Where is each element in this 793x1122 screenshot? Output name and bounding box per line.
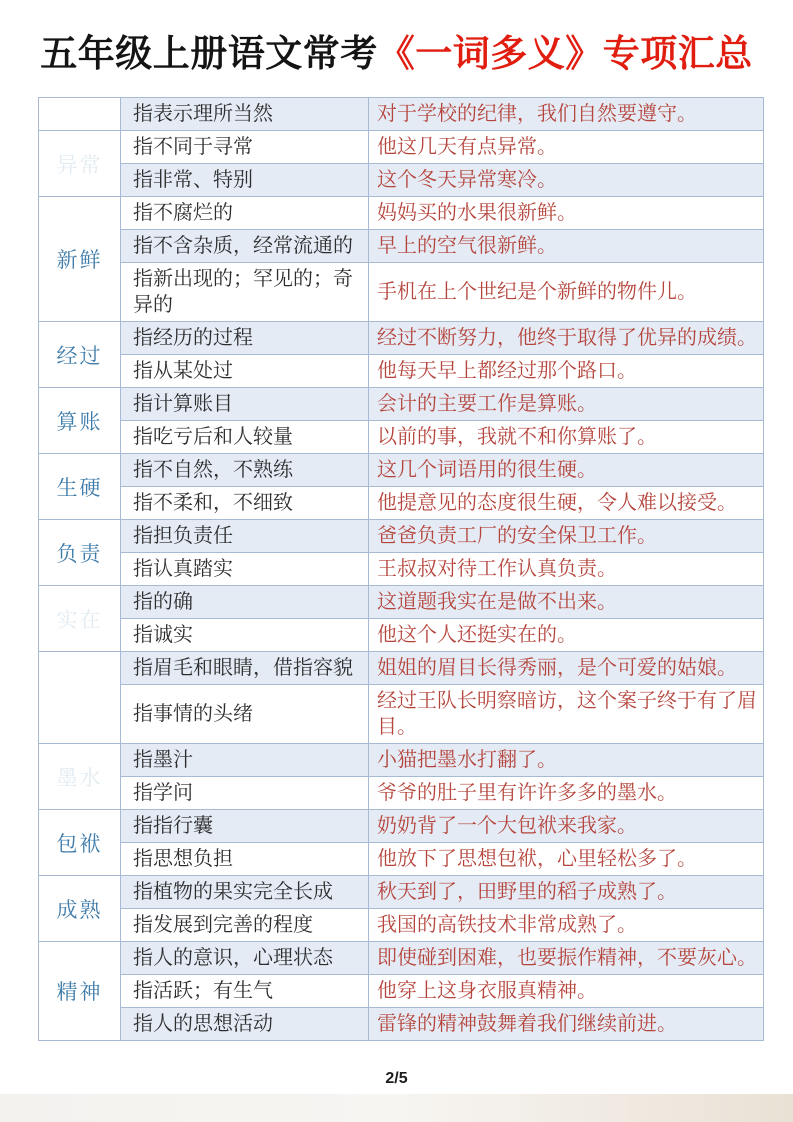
meaning-cell: 指从某处过 <box>121 355 369 388</box>
meaning-cell: 指思想负担 <box>121 843 369 876</box>
meaning-cell: 指植物的果实完全长成 <box>121 876 369 909</box>
table-row: 指事情的头绪经过王队长明察暗访，这个案子终于有了眉目。 <box>39 685 764 744</box>
meaning-cell: 指新出现的；罕见的；奇异的 <box>121 263 369 322</box>
table-row: 生硬指不自然，不熟练这几个词语用的很生硬。 <box>39 454 764 487</box>
meaning-cell: 指表示理所当然 <box>121 98 369 131</box>
meaning-cell: 指墨汁 <box>121 744 369 777</box>
example-cell: 手机在上个世纪是个新鲜的物件儿。 <box>369 263 764 322</box>
table-row: 指表示理所当然对于学校的纪律，我们自然要遵守。 <box>39 98 764 131</box>
meaning-cell: 指认真踏实 <box>121 553 369 586</box>
table-row: 算账指计算账目会计的主要工作是算账。 <box>39 388 764 421</box>
polysemy-table: 指表示理所当然对于学校的纪律，我们自然要遵守。异常指不同于寻常他这几天有点异常。… <box>38 97 764 1041</box>
table-row: 指新出现的；罕见的；奇异的手机在上个世纪是个新鲜的物件儿。 <box>39 263 764 322</box>
example-cell: 雷锋的精神鼓舞着我们继续前进。 <box>369 1008 764 1041</box>
example-cell: 小猫把墨水打翻了。 <box>369 744 764 777</box>
scan-artifact-band <box>0 1094 793 1122</box>
word-cell <box>39 98 121 131</box>
example-cell: 王叔叔对待工作认真负责。 <box>369 553 764 586</box>
table-row: 指非常、特别这个冬天异常寒冷。 <box>39 164 764 197</box>
example-cell: 妈妈买的水果很新鲜。 <box>369 197 764 230</box>
table-row: 指认真踏实王叔叔对待工作认真负责。 <box>39 553 764 586</box>
meaning-cell: 指事情的头绪 <box>121 685 369 744</box>
title-black-segment: 五年级上册语文常考 <box>40 34 378 75</box>
example-cell: 他这个人还挺实在的。 <box>369 619 764 652</box>
meaning-cell: 指担负责任 <box>121 520 369 553</box>
meaning-cell: 指计算账目 <box>121 388 369 421</box>
table-row: 指人的思想活动雷锋的精神鼓舞着我们继续前进。 <box>39 1008 764 1041</box>
meaning-cell: 指眉毛和眼睛，借指容貌 <box>121 652 369 685</box>
example-cell: 我国的高铁技术非常成熟了。 <box>369 909 764 942</box>
table-row: 异常指不同于寻常他这几天有点异常。 <box>39 131 764 164</box>
example-cell: 经过王队长明察暗访，这个案子终于有了眉目。 <box>369 685 764 744</box>
table-row: 成熟指植物的果实完全长成秋天到了，田野里的稻子成熟了。 <box>39 876 764 909</box>
table-row: 指思想负担他放下了思想包袱，心里轻松多了。 <box>39 843 764 876</box>
table-row: 实在指的确这道题我实在是做不出来。 <box>39 586 764 619</box>
page-number: 2/5 <box>0 1070 793 1088</box>
meaning-cell: 指指行囊 <box>121 810 369 843</box>
example-cell: 他穿上这身衣服真精神。 <box>369 975 764 1008</box>
example-cell: 会计的主要工作是算账。 <box>369 388 764 421</box>
table-row: 精神指人的意识，心理状态即使碰到困难，也要振作精神，不要灰心。 <box>39 942 764 975</box>
example-cell: 秋天到了，田野里的稻子成熟了。 <box>369 876 764 909</box>
example-cell: 他每天早上都经过那个路口。 <box>369 355 764 388</box>
meaning-cell: 指人的意识，心理状态 <box>121 942 369 975</box>
meaning-cell: 指吃亏后和人较量 <box>121 421 369 454</box>
word-cell: 新鲜 <box>39 197 121 322</box>
meaning-cell: 指的确 <box>121 586 369 619</box>
example-cell: 以前的事，我就不和你算账了。 <box>369 421 764 454</box>
example-cell: 奶奶背了一个大包袱来我家。 <box>369 810 764 843</box>
meaning-cell: 指非常、特别 <box>121 164 369 197</box>
word-cell: 实在 <box>39 586 121 652</box>
table-row: 墨水指墨汁小猫把墨水打翻了。 <box>39 744 764 777</box>
example-cell: 他这几天有点异常。 <box>369 131 764 164</box>
meaning-cell: 指人的思想活动 <box>121 1008 369 1041</box>
table-row: 指活跃；有生气他穿上这身衣服真精神。 <box>39 975 764 1008</box>
word-cell: 成熟 <box>39 876 121 942</box>
word-cell: 异常 <box>39 131 121 197</box>
table-row: 指不含杂质，经常流通的早上的空气很新鲜。 <box>39 230 764 263</box>
example-cell: 这个冬天异常寒冷。 <box>369 164 764 197</box>
word-cell: 包袱 <box>39 810 121 876</box>
polysemy-table-body: 指表示理所当然对于学校的纪律，我们自然要遵守。异常指不同于寻常他这几天有点异常。… <box>39 98 764 1041</box>
example-cell: 即使碰到困难，也要振作精神，不要灰心。 <box>369 942 764 975</box>
example-cell: 经过不断努力，他终于取得了优异的成绩。 <box>369 322 764 355</box>
example-cell: 爷爷的肚子里有许许多多的墨水。 <box>369 777 764 810</box>
example-cell: 他放下了思想包袱，心里轻松多了。 <box>369 843 764 876</box>
example-cell: 爸爸负责工厂的安全保卫工作。 <box>369 520 764 553</box>
worksheet-page: 五年级上册语文常考《一词多义》专项汇总 指表示理所当然对于学校的纪律，我们自然要… <box>0 0 793 1122</box>
table-row: 指诚实他这个人还挺实在的。 <box>39 619 764 652</box>
table-row: 指学问爷爷的肚子里有许许多多的墨水。 <box>39 777 764 810</box>
table-row: 指不柔和，不细致他提意见的态度很生硬，令人难以接受。 <box>39 487 764 520</box>
example-cell: 他提意见的态度很生硬，令人难以接受。 <box>369 487 764 520</box>
meaning-cell: 指经历的过程 <box>121 322 369 355</box>
word-cell: 生硬 <box>39 454 121 520</box>
example-cell: 这道题我实在是做不出来。 <box>369 586 764 619</box>
table-row: 指发展到完善的程度我国的高铁技术非常成熟了。 <box>39 909 764 942</box>
example-cell: 对于学校的纪律，我们自然要遵守。 <box>369 98 764 131</box>
word-cell: 算账 <box>39 388 121 454</box>
meaning-cell: 指不含杂质，经常流通的 <box>121 230 369 263</box>
word-cell: 负责 <box>39 520 121 586</box>
meaning-cell: 指不柔和，不细致 <box>121 487 369 520</box>
word-cell: 经过 <box>39 322 121 388</box>
word-cell: 精神 <box>39 942 121 1041</box>
word-cell <box>39 652 121 744</box>
example-cell: 这几个词语用的很生硬。 <box>369 454 764 487</box>
word-cell: 墨水 <box>39 744 121 810</box>
example-cell: 早上的空气很新鲜。 <box>369 230 764 263</box>
table-row: 经过指经历的过程经过不断努力，他终于取得了优异的成绩。 <box>39 322 764 355</box>
example-cell: 姐姐的眉目长得秀丽，是个可爱的姑娘。 <box>369 652 764 685</box>
title-red-segment: 《一词多义》专项汇总 <box>378 34 753 75</box>
meaning-cell: 指不腐烂的 <box>121 197 369 230</box>
table-row: 新鲜指不腐烂的妈妈买的水果很新鲜。 <box>39 197 764 230</box>
table-row: 负责指担负责任爸爸负责工厂的安全保卫工作。 <box>39 520 764 553</box>
meaning-cell: 指活跃；有生气 <box>121 975 369 1008</box>
table-row: 指吃亏后和人较量以前的事，我就不和你算账了。 <box>39 421 764 454</box>
table-row: 指眉毛和眼睛，借指容貌姐姐的眉目长得秀丽，是个可爱的姑娘。 <box>39 652 764 685</box>
page-title: 五年级上册语文常考《一词多义》专项汇总 <box>0 0 793 77</box>
table-row: 指从某处过他每天早上都经过那个路口。 <box>39 355 764 388</box>
meaning-cell: 指不自然，不熟练 <box>121 454 369 487</box>
meaning-cell: 指学问 <box>121 777 369 810</box>
meaning-cell: 指发展到完善的程度 <box>121 909 369 942</box>
meaning-cell: 指不同于寻常 <box>121 131 369 164</box>
meaning-cell: 指诚实 <box>121 619 369 652</box>
table-row: 包袱指指行囊奶奶背了一个大包袱来我家。 <box>39 810 764 843</box>
